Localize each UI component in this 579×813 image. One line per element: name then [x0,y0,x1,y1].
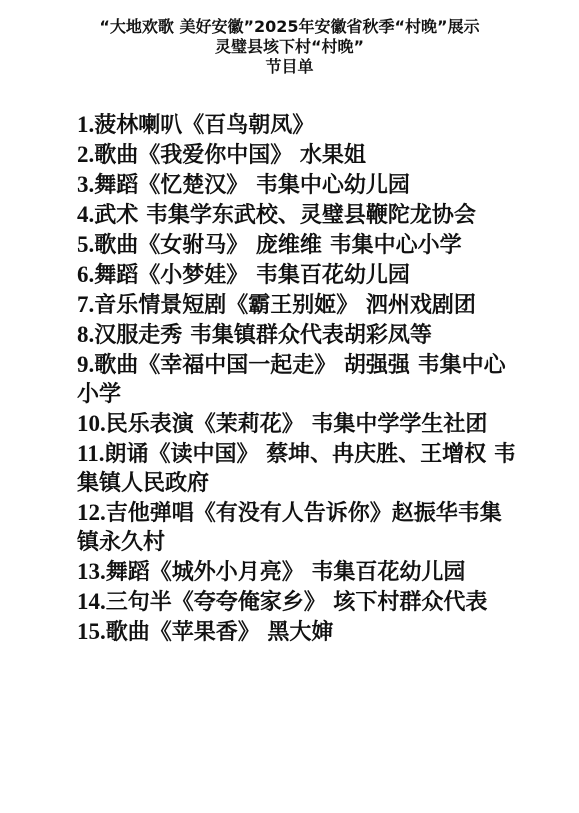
program-text: 吉他弹唱《有没有人告诉你》赵振华韦集镇永久村 [77,501,502,555]
program-number: 1. [77,112,94,137]
program-text: 歌曲《女驸马》 庞维维 韦集中心小学 [94,233,461,258]
program-text: 歌曲《苹果香》 黑大婶 [106,620,334,645]
program-number: 8. [77,322,94,347]
program-number: 5. [77,232,94,257]
program-number: 10. [77,411,106,436]
program-item: 10.民乐表演《茉莉花》 韦集中学学生社团 [77,409,517,439]
program-text: 三句半《夸夸俺家乡》 垓下村群众代表 [106,590,488,615]
program-number: 7. [77,292,94,317]
program-item: 12.吉他弹唱《有没有人告诉你》赵振华韦集镇永久村 [77,498,517,557]
program-number: 9. [77,352,94,377]
program-text: 音乐情景短剧《霸王别姬》 泗州戏剧团 [94,293,476,318]
program-text: 歌曲《我爱你中国》 水果姐 [94,143,366,168]
program-text: 歌曲《幸福中国一起走》 胡强强 韦集中心小学 [77,353,506,407]
program-number: 14. [77,589,106,614]
program-number: 11. [77,441,104,466]
program-item: 3.舞蹈《忆楚汉》 韦集中心幼儿园 [77,170,517,200]
program-text: 民乐表演《茉莉花》 韦集中学学生社团 [106,412,488,437]
program-text: 武术 韦集学东武校、灵璧县鞭陀龙协会 [94,203,476,228]
program-number: 13. [77,559,106,584]
program-list: 1.菠林喇叭《百鸟朝凤》 2.歌曲《我爱你中国》 水果姐 3.舞蹈《忆楚汉》 韦… [77,110,517,647]
title-line-event: “大地欢歌 美好安徽”2025年安徽省秋季“村晚”展示 [0,17,579,37]
program-text: 朗诵《读中国》 蔡坤、冉庆胜、王增权 韦集镇人民政府 [77,442,516,496]
program-item: 4.武术 韦集学东武校、灵璧县鞭陀龙协会 [77,200,517,230]
program-item: 9.歌曲《幸福中国一起走》 胡强强 韦集中心小学 [77,350,517,409]
program-text: 舞蹈《城外小月亮》 韦集百花幼儿园 [106,560,466,585]
program-text: 菠林喇叭《百鸟朝凤》 [94,113,314,138]
title-line-program-list: 节目单 [0,57,579,77]
program-text: 舞蹈《小梦娃》 韦集百花幼儿园 [94,263,410,288]
program-item: 15.歌曲《苹果香》 黑大婶 [77,617,517,647]
program-item: 14.三句半《夸夸俺家乡》 垓下村群众代表 [77,587,517,617]
program-item: 2.歌曲《我爱你中国》 水果姐 [77,140,517,170]
program-number: 15. [77,619,106,644]
program-item: 13.舞蹈《城外小月亮》 韦集百花幼儿园 [77,557,517,587]
program-text: 舞蹈《忆楚汉》 韦集中心幼儿园 [94,173,410,198]
title-line-venue: 灵璧县垓下村“村晚” [0,37,579,57]
program-title: “大地欢歌 美好安徽”2025年安徽省秋季“村晚”展示 灵璧县垓下村“村晚” 节… [0,17,579,77]
program-item: 11.朗诵《读中国》 蔡坤、冉庆胜、王增权 韦集镇人民政府 [77,439,517,498]
program-number: 4. [77,202,94,227]
program-number: 3. [77,172,94,197]
program-item: 6.舞蹈《小梦娃》 韦集百花幼儿园 [77,260,517,290]
program-item: 5.歌曲《女驸马》 庞维维 韦集中心小学 [77,230,517,260]
program-item: 7.音乐情景短剧《霸王别姬》 泗州戏剧团 [77,290,517,320]
program-number: 2. [77,142,94,167]
program-number: 12. [77,500,106,525]
program-text: 汉服走秀 韦集镇群众代表胡彩凤等 [94,323,432,348]
program-number: 6. [77,262,94,287]
program-item: 8.汉服走秀 韦集镇群众代表胡彩凤等 [77,320,517,350]
program-item: 1.菠林喇叭《百鸟朝凤》 [77,110,517,140]
